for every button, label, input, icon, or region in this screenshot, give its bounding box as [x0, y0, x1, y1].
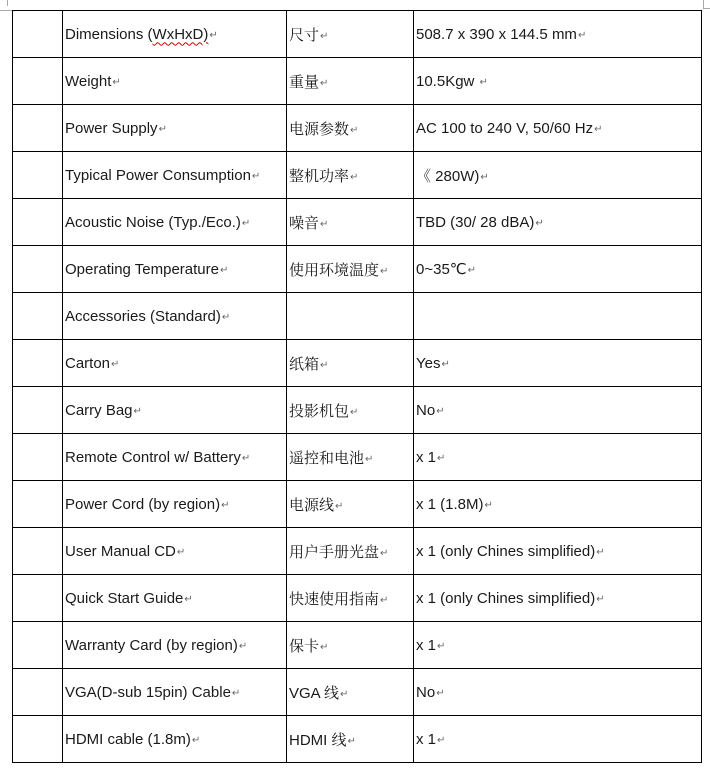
- value-cell: x 1 (only Chines simplified)↵: [414, 575, 702, 622]
- english-label-cell: Carton↵: [63, 340, 287, 387]
- paragraph-mark-icon: ↵: [231, 688, 240, 699]
- paragraph-mark-icon: ↵: [334, 501, 343, 512]
- paragraph-mark-icon: ↵: [595, 547, 604, 558]
- paragraph-mark-icon: ↵: [479, 77, 488, 88]
- paragraph-mark-icon: ↵: [208, 30, 217, 41]
- page-edge-artifact-top-left-horizontal: [0, 10, 12, 11]
- value-cell: x 1↵: [414, 622, 702, 669]
- value-cell: 0~35℃↵: [414, 246, 702, 293]
- paragraph-mark-icon: ↵: [339, 689, 348, 700]
- paragraph-mark-icon: ↵: [577, 30, 586, 41]
- table-row: Carry Bag↵投影机包↵No↵: [13, 387, 702, 434]
- english-label-cell: Warranty Card (by region)↵: [63, 622, 287, 669]
- paragraph-mark-icon: ↵: [593, 124, 602, 135]
- table-row: Carton↵纸箱↵Yes↵: [13, 340, 702, 387]
- english-label-cell: Dimensions (WxHxD)↵: [63, 11, 287, 58]
- value-cell: AC 100 to 240 V, 50/60 Hz↵: [414, 105, 702, 152]
- paragraph-mark-icon: ↵: [440, 359, 449, 370]
- empty-cell: [13, 434, 63, 481]
- paragraph-mark-icon: ↵: [183, 594, 192, 605]
- paragraph-mark-icon: ↵: [319, 219, 328, 230]
- chinese-label-cell: 遥控和电池↵: [287, 434, 414, 481]
- table-row: Warranty Card (by region)↵保卡↵x 1↵: [13, 622, 702, 669]
- empty-cell: [13, 528, 63, 575]
- table-row: Acoustic Noise (Typ./Eco.)↵噪音↵TBD (30/ 2…: [13, 199, 702, 246]
- paragraph-mark-icon: ↵: [251, 171, 260, 182]
- paragraph-mark-icon: ↵: [319, 31, 328, 42]
- empty-cell: [13, 481, 63, 528]
- value-cell: x 1↵: [414, 434, 702, 481]
- chinese-label-cell: HDMI 线↵: [287, 716, 414, 763]
- chinese-label-cell: [287, 293, 414, 340]
- value-cell: 508.7 x 390 x 144.5 mm↵: [414, 11, 702, 58]
- paragraph-mark-icon: ↵: [221, 312, 230, 323]
- english-label-cell: Operating Temperature↵: [63, 246, 287, 293]
- paragraph-mark-icon: ↵: [479, 172, 488, 183]
- value-cell: Yes↵: [414, 340, 702, 387]
- value-cell: x 1 (only Chines simplified)↵: [414, 528, 702, 575]
- table-row: Typical Power Consumption↵整机功率↵《 280W)↵: [13, 152, 702, 199]
- paragraph-mark-icon: ↵: [484, 500, 493, 511]
- chinese-label-cell: 整机功率↵: [287, 152, 414, 199]
- english-label-cell: Power Cord (by region)↵: [63, 481, 287, 528]
- paragraph-mark-icon: ↵: [238, 641, 247, 652]
- chinese-label-cell: 用户手册光盘↵: [287, 528, 414, 575]
- page-edge-artifact-top-left-vertical: [7, 0, 8, 6]
- paragraph-mark-icon: ↵: [220, 500, 229, 511]
- paragraph-mark-icon: ↵: [436, 641, 445, 652]
- misspelled-text: WxHxD): [153, 26, 209, 43]
- chinese-label-cell: VGA 线↵: [287, 669, 414, 716]
- chinese-label-cell: 电源参数↵: [287, 105, 414, 152]
- empty-cell: [13, 11, 63, 58]
- english-label-cell: VGA(D-sub 15pin) Cable↵: [63, 669, 287, 716]
- paragraph-mark-icon: ↵: [436, 735, 445, 746]
- english-label-cell: Power Supply↵: [63, 105, 287, 152]
- chinese-label-cell: 尺寸↵: [287, 11, 414, 58]
- paragraph-mark-icon: ↵: [379, 548, 388, 559]
- empty-cell: [13, 199, 63, 246]
- paragraph-mark-icon: ↵: [176, 547, 185, 558]
- table-row: Dimensions (WxHxD)↵尺寸↵508.7 x 390 x 144.…: [13, 11, 702, 58]
- english-label-cell: User Manual CD↵: [63, 528, 287, 575]
- value-cell: x 1↵: [414, 716, 702, 763]
- page-corner-artifact-top-right: [703, 0, 710, 9]
- spec-table: Dimensions (WxHxD)↵尺寸↵508.7 x 390 x 144.…: [12, 10, 702, 763]
- paragraph-mark-icon: ↵: [349, 172, 358, 183]
- chinese-label-cell: 保卡↵: [287, 622, 414, 669]
- value-cell: [414, 293, 702, 340]
- table-row: Quick Start Guide↵快速使用指南↵x 1 (only Chine…: [13, 575, 702, 622]
- paragraph-mark-icon: ↵: [595, 594, 604, 605]
- english-label-cell: Quick Start Guide↵: [63, 575, 287, 622]
- spec-table-body: Dimensions (WxHxD)↵尺寸↵508.7 x 390 x 144.…: [13, 11, 702, 763]
- value-cell: TBD (30/ 28 dBA)↵: [414, 199, 702, 246]
- paragraph-mark-icon: ↵: [347, 736, 356, 747]
- empty-cell: [13, 387, 63, 434]
- value-cell: 《 280W)↵: [414, 152, 702, 199]
- table-row: User Manual CD↵用户手册光盘↵x 1 (only Chines s…: [13, 528, 702, 575]
- table-row: Accessories (Standard)↵: [13, 293, 702, 340]
- empty-cell: [13, 246, 63, 293]
- empty-cell: [13, 152, 63, 199]
- english-label-cell: Remote Control w/ Battery↵: [63, 434, 287, 481]
- table-row: Weight↵重量↵10.5Kgw ↵: [13, 58, 702, 105]
- paragraph-mark-icon: ↵: [241, 218, 250, 229]
- table-row: Remote Control w/ Battery↵遥控和电池↵x 1↵: [13, 434, 702, 481]
- paragraph-mark-icon: ↵: [319, 360, 328, 371]
- empty-cell: [13, 293, 63, 340]
- empty-cell: [13, 58, 63, 105]
- empty-cell: [13, 340, 63, 387]
- table-row: HDMI cable (1.8m)↵HDMI 线↵x 1↵: [13, 716, 702, 763]
- chinese-label-cell: 投影机包↵: [287, 387, 414, 434]
- paragraph-mark-icon: ↵: [349, 125, 358, 136]
- paragraph-mark-icon: ↵: [319, 78, 328, 89]
- chinese-label-cell: 快速使用指南↵: [287, 575, 414, 622]
- value-cell: 10.5Kgw ↵: [414, 58, 702, 105]
- value-cell: No↵: [414, 387, 702, 434]
- paragraph-mark-icon: ↵: [534, 218, 543, 229]
- paragraph-mark-icon: ↵: [191, 735, 200, 746]
- empty-cell: [13, 716, 63, 763]
- paragraph-mark-icon: ↵: [379, 595, 388, 606]
- english-label-cell: Weight↵: [63, 58, 287, 105]
- english-label-cell: Acoustic Noise (Typ./Eco.)↵: [63, 199, 287, 246]
- paragraph-mark-icon: ↵: [379, 266, 388, 277]
- chinese-label-cell: 电源线↵: [287, 481, 414, 528]
- english-label-cell: HDMI cable (1.8m)↵: [63, 716, 287, 763]
- empty-cell: [13, 669, 63, 716]
- table-row: Operating Temperature↵使用环境温度↵0~35℃↵: [13, 246, 702, 293]
- chinese-label-cell: 噪音↵: [287, 199, 414, 246]
- paragraph-mark-icon: ↵: [349, 407, 358, 418]
- paragraph-mark-icon: ↵: [110, 359, 119, 370]
- paragraph-mark-icon: ↵: [467, 265, 476, 276]
- chinese-label-cell: 纸箱↵: [287, 340, 414, 387]
- value-cell: No↵: [414, 669, 702, 716]
- paragraph-mark-icon: ↵: [111, 77, 120, 88]
- english-label-cell: Typical Power Consumption↵: [63, 152, 287, 199]
- value-cell: x 1 (1.8M)↵: [414, 481, 702, 528]
- english-label-cell: Carry Bag↵: [63, 387, 287, 434]
- chinese-label-cell: 使用环境温度↵: [287, 246, 414, 293]
- paragraph-mark-icon: ↵: [435, 688, 444, 699]
- table-row: Power Supply↵电源参数↵AC 100 to 240 V, 50/60…: [13, 105, 702, 152]
- empty-cell: [13, 575, 63, 622]
- paragraph-mark-icon: ↵: [219, 265, 228, 276]
- paragraph-mark-icon: ↵: [364, 454, 373, 465]
- empty-cell: [13, 622, 63, 669]
- paragraph-mark-icon: ↵: [319, 642, 328, 653]
- chinese-label-cell: 重量↵: [287, 58, 414, 105]
- paragraph-mark-icon: ↵: [133, 406, 142, 417]
- english-label-cell: Accessories (Standard)↵: [63, 293, 287, 340]
- paragraph-mark-icon: ↵: [158, 124, 167, 135]
- paragraph-mark-icon: ↵: [241, 453, 250, 464]
- empty-cell: [13, 105, 63, 152]
- paragraph-mark-icon: ↵: [436, 453, 445, 464]
- table-row: VGA(D-sub 15pin) Cable↵VGA 线↵No↵: [13, 669, 702, 716]
- table-row: Power Cord (by region)↵电源线↵x 1 (1.8M)↵: [13, 481, 702, 528]
- paragraph-mark-icon: ↵: [435, 406, 444, 417]
